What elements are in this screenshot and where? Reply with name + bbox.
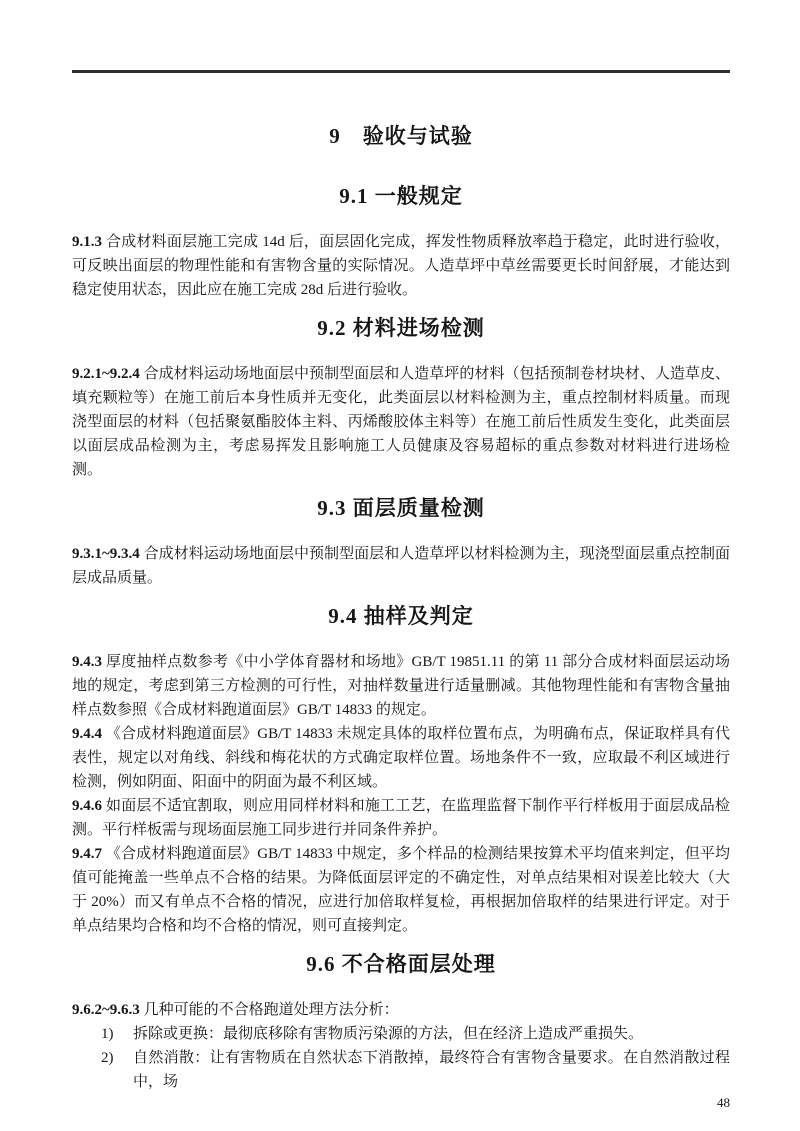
clause-number: 9.3.1~9.3.4 bbox=[72, 546, 140, 562]
clause-number: 9.4.6 bbox=[72, 798, 102, 814]
page-content: 9 验收与试验 9.1 一般规定 9.1.3 合成材料面层施工完成 14d 后，… bbox=[72, 70, 730, 1111]
clause-text: 《合成材料跑道面层》GB/T 14833 中规定，多个样品的检测结果按算术平均值… bbox=[72, 846, 730, 934]
header-rule bbox=[72, 70, 730, 73]
list-item-number: 2) bbox=[72, 1046, 133, 1094]
clause-number: 9.4.3 bbox=[72, 654, 102, 670]
clause-number: 9.2.1~9.2.4 bbox=[72, 366, 140, 382]
ordered-list: 1) 拆除或更换：最彻底移除有害物质污染源的方法，但在经济上造成严重损失。 2)… bbox=[72, 1022, 730, 1094]
list-item-number: 1) bbox=[72, 1022, 133, 1046]
clause-number: 9.4.7 bbox=[72, 846, 102, 862]
clause-number: 9.1.3 bbox=[72, 234, 102, 250]
clause-number: 9.4.4 bbox=[72, 726, 102, 742]
clause-9-4-6: 9.4.6 如面层不适宜割取，则应用同样材料和施工工艺，在监理监督下制作平行样板… bbox=[72, 794, 730, 842]
clause-number: 9.6.2~9.6.3 bbox=[72, 1002, 140, 1018]
clause-9-6-2: 9.6.2~9.6.3 几种可能的不合格跑道处理方法分析： bbox=[72, 998, 730, 1022]
list-item-text: 自然消散：让有害物质在自然状态下消散掉，最终符合有害物含量要求。在自然消散过程中… bbox=[133, 1046, 730, 1094]
list-item: 2) 自然消散：让有害物质在自然状态下消散掉，最终符合有害物含量要求。在自然消散… bbox=[72, 1046, 730, 1094]
clause-9-4-7: 9.4.7 《合成材料跑道面层》GB/T 14833 中规定，多个样品的检测结果… bbox=[72, 842, 730, 938]
clause-9-4-3: 9.4.3 厚度抽样点数参考《中小学体育器材和场地》GB/T 19851.11 … bbox=[72, 650, 730, 722]
clause-text: 合成材料面层施工完成 14d 后，面层固化完成，挥发性物质释放率趋于稳定，此时进… bbox=[72, 234, 730, 298]
clause-text: 《合成材料跑道面层》GB/T 14833 未规定具体的取样位置布点，为明确布点，… bbox=[72, 726, 730, 790]
clause-text: 合成材料运动场地面层中预制型面层和人造草坪的材料（包括预制卷材块材、人造草皮、填… bbox=[72, 366, 730, 478]
section-heading-9-1: 9.1 一般规定 bbox=[72, 183, 730, 209]
section-heading-9-2: 9.2 材料进场检测 bbox=[72, 315, 730, 341]
clause-text: 几种可能的不合格跑道处理方法分析： bbox=[144, 1002, 399, 1018]
clause-9-2-1: 9.2.1~9.2.4 合成材料运动场地面层中预制型面层和人造草坪的材料（包括预… bbox=[72, 362, 730, 482]
clause-text: 厚度抽样点数参考《中小学体育器材和场地》GB/T 19851.11 的第 11 … bbox=[72, 654, 730, 718]
document-page: 9 验收与试验 9.1 一般规定 9.1.3 合成材料面层施工完成 14d 后，… bbox=[0, 0, 800, 1131]
clause-text: 如面层不适宜割取，则应用同样材料和施工工艺，在监理监督下制作平行样板用于面层成品… bbox=[72, 798, 730, 838]
chapter-heading: 9 验收与试验 bbox=[72, 123, 730, 149]
section-heading-9-4: 9.4 抽样及判定 bbox=[72, 603, 730, 629]
clause-9-1-3: 9.1.3 合成材料面层施工完成 14d 后，面层固化完成，挥发性物质释放率趋于… bbox=[72, 230, 730, 302]
list-item: 1) 拆除或更换：最彻底移除有害物质污染源的方法，但在经济上造成严重损失。 bbox=[72, 1022, 730, 1046]
clause-9-4-4: 9.4.4 《合成材料跑道面层》GB/T 14833 未规定具体的取样位置布点，… bbox=[72, 722, 730, 794]
section-heading-9-3: 9.3 面层质量检测 bbox=[72, 495, 730, 521]
section-heading-9-6: 9.6 不合格面层处理 bbox=[72, 951, 730, 977]
page-number: 48 bbox=[72, 1095, 730, 1111]
clause-9-3-1: 9.3.1~9.3.4 合成材料运动场地面层中预制型面层和人造草坪以材料检测为主… bbox=[72, 542, 730, 590]
clause-text: 合成材料运动场地面层中预制型面层和人造草坪以材料检测为主，现浇型面层重点控制面层… bbox=[72, 546, 730, 586]
list-item-text: 拆除或更换：最彻底移除有害物质污染源的方法，但在经济上造成严重损失。 bbox=[133, 1022, 730, 1046]
